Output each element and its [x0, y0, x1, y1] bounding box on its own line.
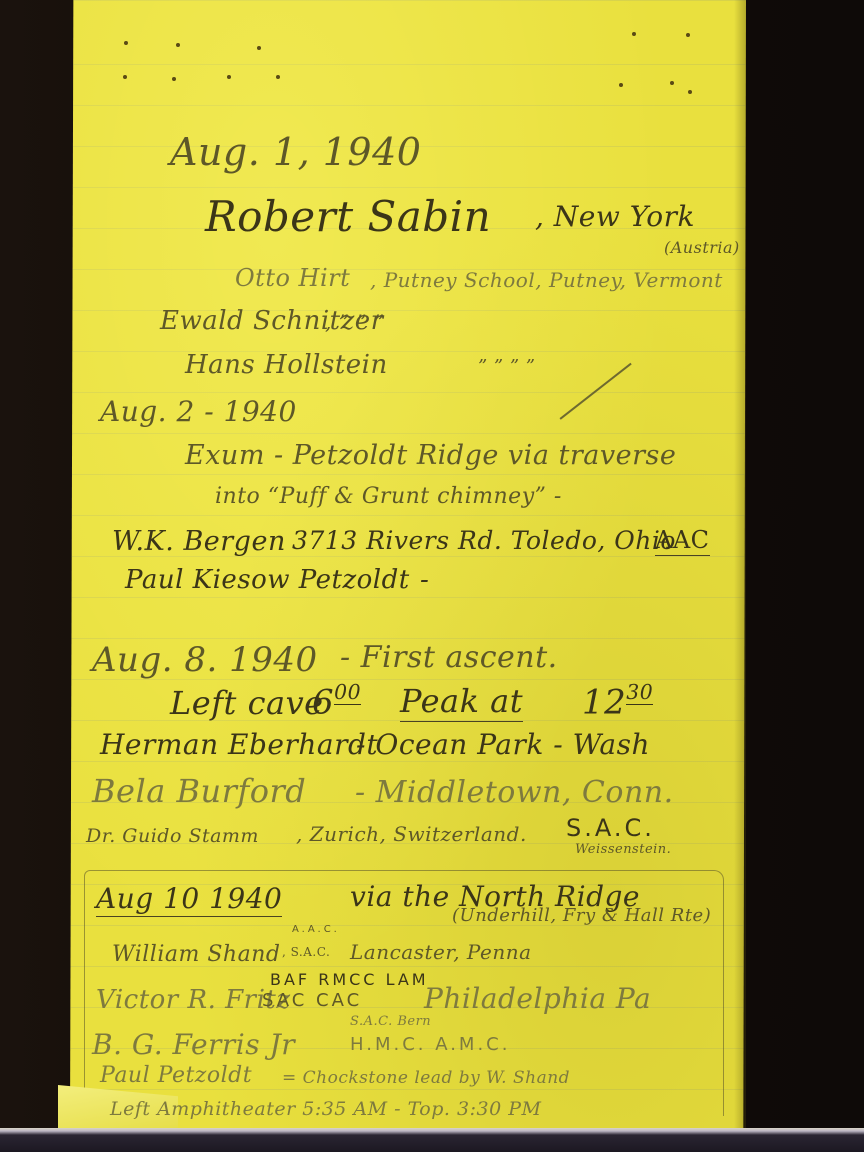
climber-place: 3713 Rivers Rd. Toledo, Ohio	[292, 526, 676, 555]
pin-hole	[176, 43, 180, 47]
route-description: into “Puff & Grunt chimney” -	[215, 484, 562, 509]
climber-name: Paul Petzoldt	[100, 1063, 252, 1088]
club-affiliation: , S.A.C.	[282, 945, 330, 959]
route-description: Exum - Petzoldt Ridge via traverse	[185, 440, 676, 471]
club-affiliation: AAC	[655, 526, 710, 556]
climber-place: Lancaster, Penna	[350, 940, 532, 964]
page-edge-shadow	[734, 0, 746, 1130]
club-note: S.A.C. Bern	[350, 1014, 431, 1029]
pin-hole	[670, 81, 674, 85]
origin-note: (Austria)	[664, 238, 740, 257]
pin-hole	[172, 77, 176, 81]
ditto-marks: , ” ” ”	[325, 310, 385, 334]
peak-time: 1230	[582, 680, 653, 722]
club-affiliation: SAC CAC	[262, 990, 362, 1011]
climber-place: , Zurich, Switzerland.	[296, 822, 527, 846]
climber-name: Robert Sabin	[205, 192, 491, 241]
entry-note: - First ascent.	[340, 640, 558, 675]
pin-hole	[124, 41, 128, 45]
club-affiliations-above: BAF RMCC LAM	[270, 970, 429, 989]
entry-date: Aug. 8. 1940	[92, 640, 318, 680]
entry-date: Aug 10 1940	[96, 882, 282, 917]
entry-date: Aug. 1, 1940	[170, 130, 421, 174]
pin-hole	[276, 75, 280, 79]
dash: -	[420, 565, 429, 595]
pin-hole	[227, 75, 231, 79]
minute: 30	[626, 680, 653, 705]
entry-date: Aug. 2 - 1940	[100, 395, 297, 428]
climber-place: - Ocean Park - Wash	[356, 728, 650, 761]
pin-hole	[688, 90, 692, 94]
club-affiliation: H.M.C. A.M.C.	[350, 1034, 510, 1055]
climber-name: Otto Hirt	[235, 264, 350, 292]
pin-hole	[632, 32, 636, 36]
climber-name: Dr. Guido Stamm	[86, 825, 259, 847]
pin-hole	[257, 46, 261, 50]
ditto-marks: ” ” ” ”	[478, 356, 535, 377]
club-affiliation-above: A.A.C.	[292, 924, 340, 935]
minute: 00	[334, 680, 361, 705]
climber-name: W.K. Bergen	[112, 526, 286, 557]
section-note: Weissenstein.	[575, 842, 671, 857]
club-affiliation: S.A.C.	[566, 814, 655, 842]
hour: 6	[312, 682, 334, 722]
frame-bottom-edge	[0, 1128, 864, 1152]
climber-place: , New York	[535, 200, 695, 233]
route-note: (Underhill, Fry & Hall Rte)	[452, 905, 711, 926]
left-cave-time: 600	[312, 680, 361, 722]
hour: 12	[582, 682, 626, 722]
climber-name: Hans Hollstein	[185, 350, 388, 380]
peak-label: Peak at	[400, 682, 523, 722]
climber-name: Paul Kiesow Petzoldt	[125, 565, 410, 595]
climber-name: B. G. Ferris Jr	[92, 1028, 295, 1061]
climber-note: = Chockstone lead by W. Shand	[282, 1068, 570, 1088]
climber-name: Bela Burford	[92, 772, 306, 810]
climber-place: - Middletown, Conn.	[355, 775, 674, 810]
pin-hole	[619, 83, 623, 87]
climber-place: , Putney School, Putney, Vermont	[370, 268, 723, 292]
climber-name: William Shand	[112, 942, 280, 967]
pin-hole	[123, 75, 127, 79]
left-cave-label: Left cave	[170, 684, 324, 722]
timing-note: Left Amphitheater 5:35 AM - Top. 3:30 PM	[110, 1098, 541, 1120]
pin-hole	[686, 33, 690, 37]
climber-name: Herman Eberhardt	[100, 728, 378, 761]
climber-place: Philadelphia Pa	[424, 982, 651, 1015]
